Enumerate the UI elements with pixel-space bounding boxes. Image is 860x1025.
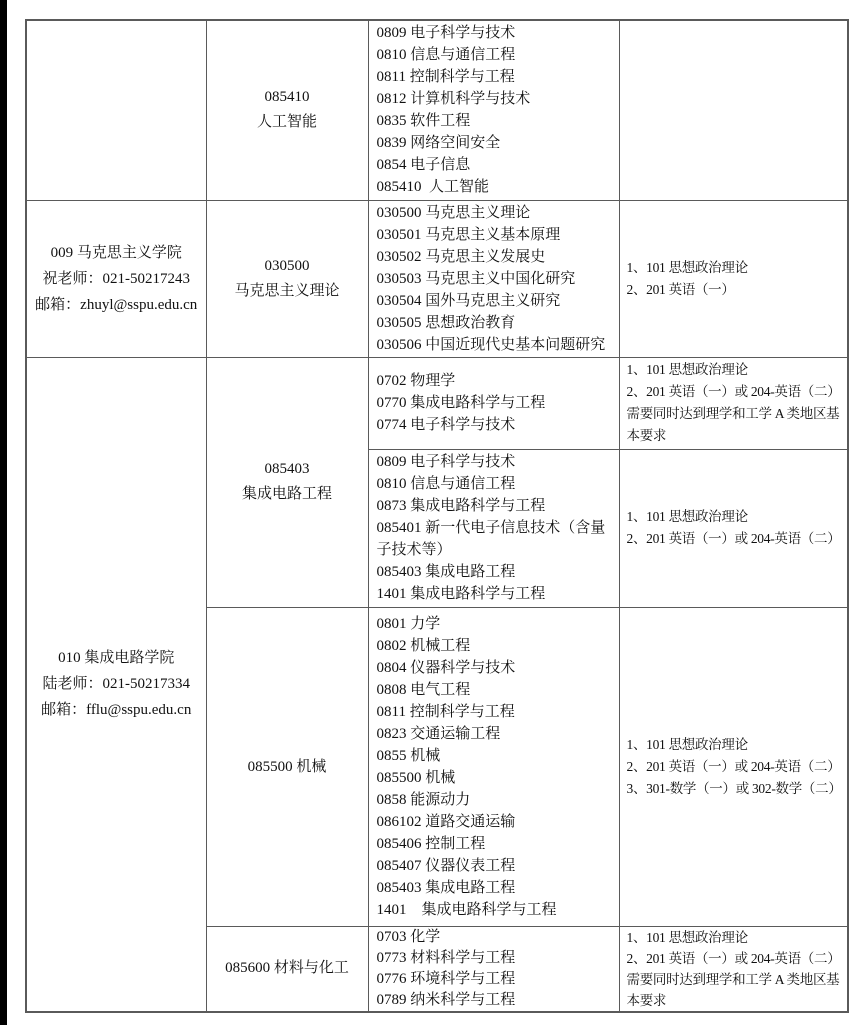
text-line: 0770 集成电路科学与工程	[377, 392, 615, 414]
text-line: 0835 软件工程	[377, 110, 615, 132]
text-line: 2、201 英语（一）或 204-英语（二）	[627, 756, 846, 778]
subjects-cell: 0809 电子科学与技术0810 信息与通信工程0873 集成电路科学与工程08…	[368, 449, 619, 607]
college-cell-empty	[26, 20, 206, 200]
exams-cell: 1、101 思想政治理论2、201 英语（一）或 204-英语（二）	[619, 449, 848, 607]
text-line: 0839 网络空间安全	[377, 132, 615, 154]
exams-cell: 1、101 思想政治理论2、201 英语（一）或 204-英语（二）需要同时达到…	[619, 926, 848, 1012]
program-cell-085410: 085410人工智能	[206, 20, 368, 200]
text-line: 0812 计算机科学与技术	[377, 88, 615, 110]
text-line: 2、201 英语（一）或 204-英语（二）	[627, 948, 846, 969]
text-line: 0854 电子信息	[377, 154, 615, 176]
program-cell-085500: 085500 机械	[206, 607, 368, 926]
text-line: 2、201 英语（一）或 204-英语（二）	[627, 528, 846, 550]
subjects-cell: 030500 马克思主义理论030501 马克思主义基本原理030502 马克思…	[368, 200, 619, 357]
table-row: 009 马克思主义学院祝老师：021-50217243邮箱：zhuyl@sspu…	[26, 200, 848, 357]
text-line: 085600 材料与化工	[207, 958, 368, 979]
text-line: 陆老师：021-50217334	[27, 671, 206, 697]
text-line: 0809 电子科学与技术	[377, 451, 615, 473]
text-line: 030502 马克思主义发展史	[377, 246, 615, 268]
exams-cell: 1、101 思想政治理论2、201 英语（一）	[619, 200, 848, 357]
text-line: 马克思主义理论	[207, 279, 368, 304]
text-line: 2、201 英语（一）	[627, 279, 846, 301]
text-line: 0823 交通运输工程	[377, 723, 615, 745]
exams-cell-empty	[619, 20, 848, 200]
text-line: 0702 物理学	[377, 370, 615, 392]
text-line: 0811 控制科学与工程	[377, 701, 615, 723]
program-cell-085403: 085403集成电路工程	[206, 357, 368, 607]
text-line: 1、101 思想政治理论	[627, 257, 846, 279]
text-line: 0855 机械	[377, 745, 615, 767]
text-line: 1、101 思想政治理论	[627, 359, 846, 381]
text-line: 0801 力学	[377, 613, 615, 635]
text-line: 030506 中国近现代史基本问题研究	[377, 334, 615, 356]
admissions-table: 085410人工智能 0809 电子科学与技术0810 信息与通信工程0811 …	[25, 19, 849, 1013]
text-line: 人工智能	[207, 110, 368, 135]
text-line: 085401 新一代电子信息技术（含量子技术等）	[377, 517, 615, 561]
text-line: 0804 仪器科学与技术	[377, 657, 615, 679]
text-line: 0873 集成电路科学与工程	[377, 495, 615, 517]
text-line: 需要同时达到理学和工学 A 类地区基本要求	[627, 403, 846, 447]
text-line: 0810 信息与通信工程	[377, 473, 615, 495]
college-cell-009: 009 马克思主义学院祝老师：021-50217243邮箱：zhuyl@sspu…	[26, 200, 206, 357]
text-line: 085403	[207, 457, 368, 482]
text-line: 085500 机械	[207, 756, 368, 778]
text-line: 085410	[207, 85, 368, 110]
table-row: 085410人工智能 0809 电子科学与技术0810 信息与通信工程0811 …	[26, 20, 848, 200]
text-line: 3、301-数学（一）或 302-数学（二）	[627, 778, 846, 800]
college-cell-010: 010 集成电路学院陆老师：021-50217334邮箱：fflu@sspu.e…	[26, 357, 206, 1012]
text-line: 0809 电子科学与技术	[377, 22, 615, 44]
text-line: 2、201 英语（一）或 204-英语（二）	[627, 381, 846, 403]
text-line: 030503 马克思主义中国化研究	[377, 268, 615, 290]
text-line: 1401 集成电路科学与工程	[377, 583, 615, 605]
text-line: 邮箱：zhuyl@sspu.edu.cn	[27, 292, 206, 318]
text-line: 邮箱：fflu@sspu.edu.cn	[27, 697, 206, 723]
page-left-edge-bar	[0, 0, 7, 1025]
text-line: 0811 控制科学与工程	[377, 66, 615, 88]
text-line: 0773 材料科学与工程	[377, 948, 615, 969]
subjects-cell: 0801 力学0802 机械工程0804 仪器科学与技术0808 电气工程081…	[368, 607, 619, 926]
subjects-cell: 0809 电子科学与技术0810 信息与通信工程0811 控制科学与工程0812…	[368, 20, 619, 200]
text-line: 085500 机械	[377, 767, 615, 789]
text-line: 085403 集成电路工程	[377, 561, 615, 583]
text-line: 0703 化学	[377, 927, 615, 948]
text-line: 0776 环境科学与工程	[377, 969, 615, 990]
exams-cell: 1、101 思想政治理论2、201 英语（一）或 204-英语（二）需要同时达到…	[619, 357, 848, 449]
text-line: 030505 思想政治教育	[377, 312, 615, 334]
text-line: 1、101 思想政治理论	[627, 927, 846, 948]
text-line: 030500	[207, 254, 368, 279]
text-line: 0858 能源动力	[377, 789, 615, 811]
text-line: 需要同时达到理学和工学 A 类地区基本要求	[627, 969, 846, 1011]
text-line: 0789 纳米科学与工程	[377, 990, 615, 1011]
program-cell-030500: 030500马克思主义理论	[206, 200, 368, 357]
text-line: 010 集成电路学院	[27, 645, 206, 671]
text-line: 祝老师：021-50217243	[27, 266, 206, 292]
text-line: 085410 人工智能	[377, 176, 615, 198]
text-line: 030500 马克思主义理论	[377, 202, 615, 224]
text-line: 0810 信息与通信工程	[377, 44, 615, 66]
subjects-cell: 0703 化学0773 材料科学与工程0776 环境科学与工程0789 纳米科学…	[368, 926, 619, 1012]
text-line: 030504 国外马克思主义研究	[377, 290, 615, 312]
table-row: 010 集成电路学院陆老师：021-50217334邮箱：fflu@sspu.e…	[26, 357, 848, 449]
text-line: 0802 机械工程	[377, 635, 615, 657]
text-line: 085403 集成电路工程	[377, 877, 615, 899]
subjects-cell: 0702 物理学0770 集成电路科学与工程0774 电子科学与技术	[368, 357, 619, 449]
text-line: 085407 仪器仪表工程	[377, 855, 615, 877]
exams-cell: 1、101 思想政治理论2、201 英语（一）或 204-英语（二）3、301-…	[619, 607, 848, 926]
text-line: 1401 集成电路科学与工程	[377, 899, 615, 921]
text-line: 1、101 思想政治理论	[627, 734, 846, 756]
text-line: 009 马克思主义学院	[27, 240, 206, 266]
text-line: 0808 电气工程	[377, 679, 615, 701]
text-line: 085406 控制工程	[377, 833, 615, 855]
text-line: 030501 马克思主义基本原理	[377, 224, 615, 246]
text-line: 0774 电子科学与技术	[377, 414, 615, 436]
text-line: 1、101 思想政治理论	[627, 506, 846, 528]
text-line: 086102 道路交通运输	[377, 811, 615, 833]
program-cell-085600: 085600 材料与化工	[206, 926, 368, 1012]
text-line: 集成电路工程	[207, 482, 368, 507]
